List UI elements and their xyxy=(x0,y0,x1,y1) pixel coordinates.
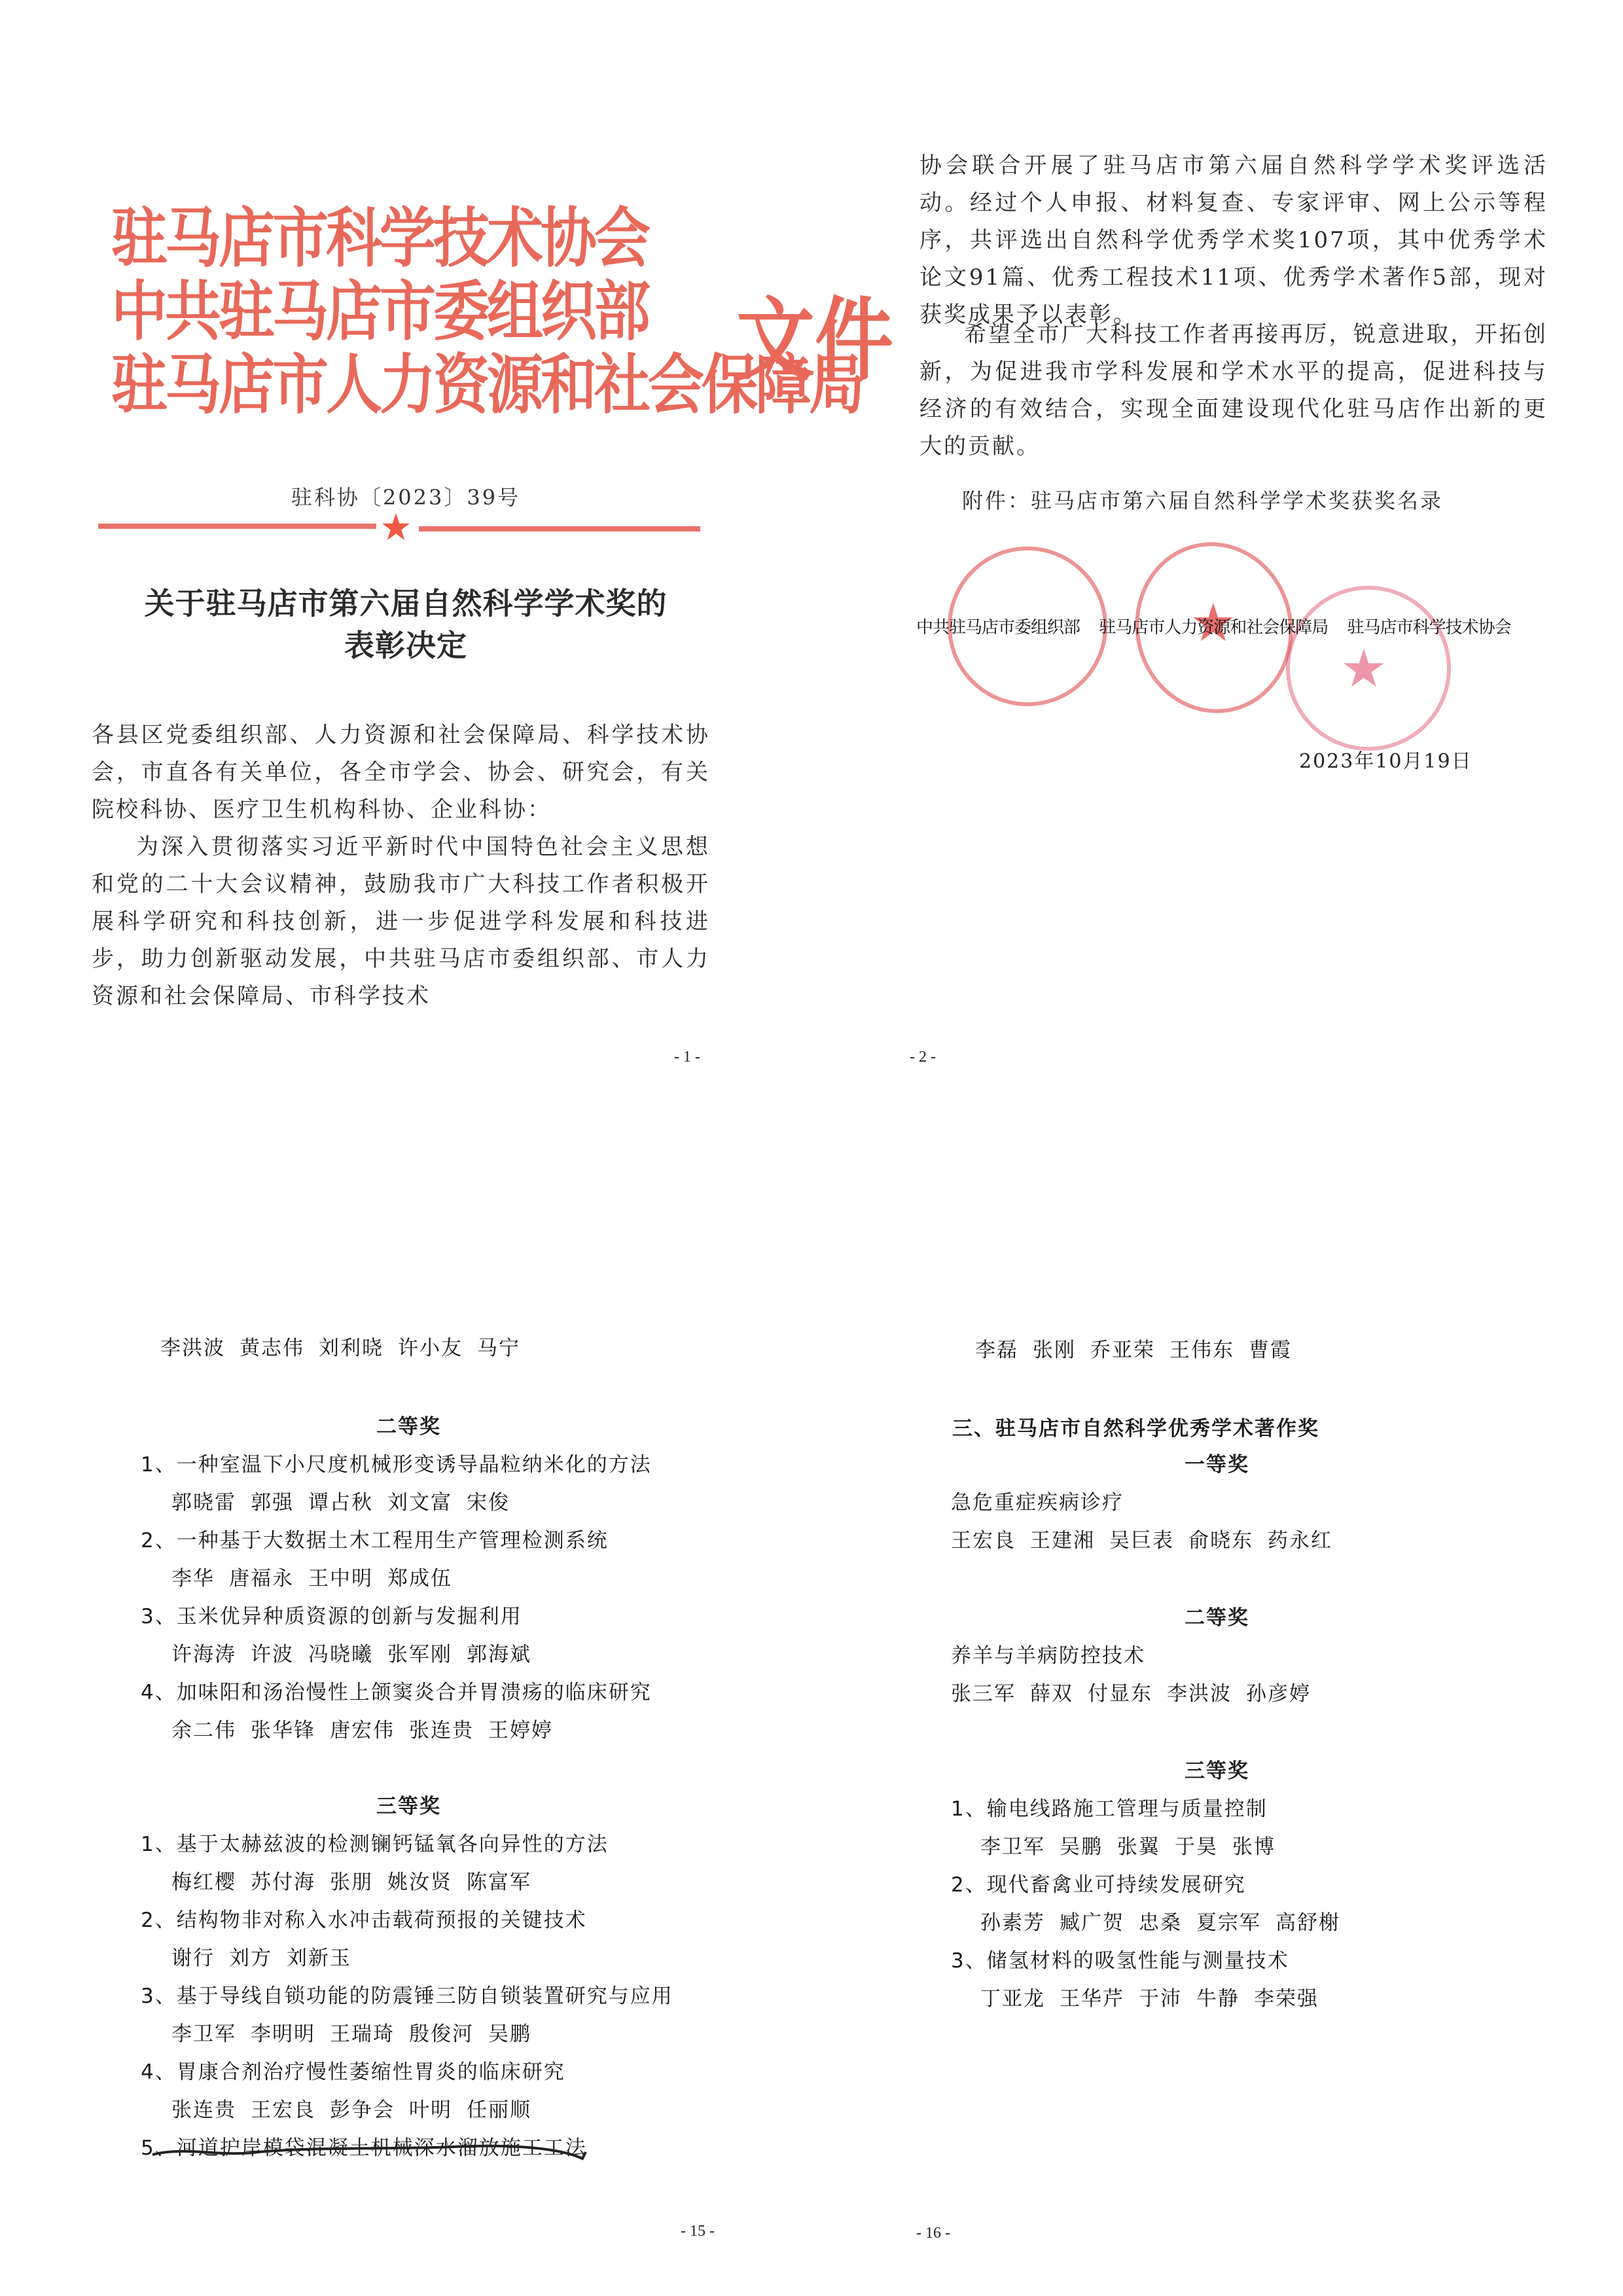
paragraph-1: 为深入贯彻落实习近平新时代中国特色社会主义思想和党的二十大会议精神，鼓励我市广大… xyxy=(92,829,710,1015)
award-item-title: 3、储氢材料的吸氢性能与测量技术 xyxy=(951,1944,1289,1973)
awardee-name: 张三军 xyxy=(951,1682,1016,1706)
signatories: 中共驻马店市委组织部 驻马店市人力资源和社会保障局 驻马店市科学技术协会 xyxy=(916,614,1525,638)
document-number: 驻科协〔2023〕39号 xyxy=(0,481,811,511)
awardee-name: 吴巨表 xyxy=(1109,1529,1174,1552)
award-level-heading: 二等奖 xyxy=(376,1410,441,1439)
award-item-title: 2、现代畜禽业可持续发展研究 xyxy=(951,1868,1246,1897)
title-line-2: 表彰决定 xyxy=(0,624,811,666)
awardee-name: 马宁 xyxy=(477,1336,520,1360)
award-item-title: 3、玉米优异种质资源的创新与发掘利用 xyxy=(141,1600,522,1629)
awardee-name: 郭晓雷 xyxy=(171,1491,236,1515)
award-item-title: 3、基于导线自锁功能的防震锤三防自锁装置研究与应用 xyxy=(141,1979,673,2009)
page-15: 李洪波黄志伟刘利晓许小友马宁二等奖1、一种室温下小尺度机械形变诱导晶粒纳米化的方… xyxy=(0,1148,811,2296)
awardee-name: 李卫军 xyxy=(980,1835,1045,1859)
awardee-name: 殷俊河 xyxy=(409,2022,474,2046)
awardee-name: 唐宏伟 xyxy=(330,1719,395,1742)
awardee-name: 叶明 xyxy=(409,2098,452,2122)
awardee-name: 俞晓东 xyxy=(1188,1529,1253,1552)
award-item-names: 郭晓雷郭强谭占秋刘文富宋俊 xyxy=(171,1486,524,1515)
award-level-heading: 一等奖 xyxy=(1185,1448,1249,1477)
awardee-name: 吴鹏 xyxy=(488,2022,531,2046)
awardee-name: 唐福永 xyxy=(229,1567,294,1590)
signer-3: 驻马店市科学技术协会 xyxy=(1347,618,1511,637)
page-2: 协会联合开展了驻马店市第六届自然科学学术奖评选活动。经过个人申报、材料复查、专家… xyxy=(811,0,1623,1148)
awardee-name: 张军刚 xyxy=(387,1643,452,1666)
page-16: 李磊张刚乔亚荣王伟东曹霞三、驻马店市自然科学优秀学术著作奖一等奖急危重症疾病诊疗… xyxy=(811,1148,1623,2296)
seal-star-icon: ★ xyxy=(1340,638,1387,699)
awardee-name: 李华 xyxy=(171,1567,215,1590)
awardee-name: 高舒榭 xyxy=(1275,1911,1340,1935)
awardee-name: 陈富军 xyxy=(467,1871,531,1894)
document-title: 关于驻马店市第六届自然科学学术奖的 表彰决定 xyxy=(0,583,811,666)
awardee-name: 王建湘 xyxy=(1030,1529,1095,1552)
awardee-name: 余二伟 xyxy=(171,1719,236,1742)
award-item-names: 张连贵王宏良彭争会叶明任丽顺 xyxy=(171,2093,546,2123)
paragraph-1-continued: 协会联合开展了驻马店市第六届自然科学学术奖评选活动。经过个人申报、材料复查、专家… xyxy=(919,147,1548,334)
awardee-name: 任丽顺 xyxy=(467,2098,531,2122)
carryover-names: 李洪波黄志伟刘利晓许小友马宁 xyxy=(160,1331,535,1361)
awardee-name: 李磊 xyxy=(975,1338,1018,1362)
awardee-name: 李荣强 xyxy=(1254,1987,1319,2011)
awardee-name: 郭海斌 xyxy=(467,1643,531,1666)
award-item-names: 王宏良王建湘吴巨表俞晓东药永红 xyxy=(951,1524,1347,1553)
awardee-name: 苏付海 xyxy=(251,1871,315,1894)
page-number: - 1 - xyxy=(674,1049,700,1066)
awardee-name: 谢行 xyxy=(171,1946,215,1970)
awardee-name: 郑成伍 xyxy=(387,1567,452,1590)
attachment-note: 附件：驻马店市第六届自然科学学术奖获奖名录 xyxy=(962,484,1443,514)
awardee-name: 许小友 xyxy=(398,1336,463,1360)
awardee-name: 彭争会 xyxy=(330,2098,395,2122)
red-letterhead: 驻马店市科学技术协会 中共驻马店市委组织部 驻马店市人力资源和社会保障局 文件 xyxy=(111,196,863,416)
handwritten-underline xyxy=(147,2143,592,2169)
awardee-name: 刘新玉 xyxy=(287,1946,351,1970)
awardee-name: 张连贵 xyxy=(171,2098,236,2122)
award-item-names: 谢行刘方刘新玉 xyxy=(171,1941,366,1971)
awardee-name: 郭强 xyxy=(251,1491,294,1515)
awardee-name: 张连贵 xyxy=(409,1719,474,1742)
awardee-name: 刘利晓 xyxy=(319,1336,383,1360)
carryover-names: 李磊张刚乔亚荣王伟东曹霞 xyxy=(975,1333,1306,1363)
paragraph-2: 希望全市广大科技工作者再接再厉，锐意进取，开拓创新，为促进我市学科发展和学术水平… xyxy=(919,316,1548,465)
awardee-name: 忠桑 xyxy=(1139,1911,1182,1935)
award-item-names: 丁亚龙王华芹于沛牛静李荣强 xyxy=(980,1982,1333,2011)
awardee-name: 许波 xyxy=(251,1643,294,1666)
award-item-title: 1、输电线路施工管理与质量控制 xyxy=(951,1792,1268,1821)
awardee-name: 丁亚龙 xyxy=(980,1987,1045,2011)
signer-1: 中共驻马店市委组织部 xyxy=(916,618,1080,637)
award-item-names: 张三军薛双付显东李洪波孙彦婷 xyxy=(951,1677,1325,1706)
awardee-name: 王瑞琦 xyxy=(330,2022,395,2046)
issue-date: 2023年10月19日 xyxy=(1299,745,1472,774)
award-level-heading: 三等奖 xyxy=(1185,1754,1249,1784)
award-item-names: 李卫军李明明王瑞琦殷俊河吴鹏 xyxy=(171,2017,546,2047)
awardee-name: 黄志伟 xyxy=(240,1336,304,1360)
award-level-heading: 二等奖 xyxy=(1185,1601,1249,1630)
award-item-title: 4、胃康合剂治疗慢性萎缩性胃炎的临床研究 xyxy=(141,2055,565,2085)
page-1: 驻马店市科学技术协会 中共驻马店市委组织部 驻马店市人力资源和社会保障局 文件 … xyxy=(0,0,811,1148)
award-item-names: 李华唐福永王中明郑成伍 xyxy=(171,1562,467,1591)
award-item-title: 急危重症疾病诊疗 xyxy=(951,1486,1124,1515)
awardee-name: 吴鹏 xyxy=(1060,1835,1103,1859)
awardee-name: 王宏良 xyxy=(951,1529,1016,1552)
awardee-name: 夏宗军 xyxy=(1196,1911,1261,1935)
title-line-1: 关于驻马店市第六届自然科学学术奖的 xyxy=(0,583,811,624)
award-item-names: 许海涛许波冯晓曦张军刚郭海斌 xyxy=(171,1638,546,1667)
award-item-title: 2、结构物非对称入水冲击载荷预报的关键技术 xyxy=(141,1903,587,1933)
award-item-names: 李卫军吴鹏张翼于昊张博 xyxy=(980,1830,1290,1859)
awardee-name: 曹霞 xyxy=(1249,1338,1292,1362)
award-item-title: 4、加味阳和汤治慢性上颌窦炎合并胃溃疡的临床研究 xyxy=(141,1676,652,1705)
awardee-name: 梅红樱 xyxy=(171,1871,236,1894)
signer-2: 驻马店市人力资源和社会保障局 xyxy=(1099,618,1328,637)
awardee-name: 张翼 xyxy=(1117,1835,1160,1859)
award-item-title: 养羊与羊病防控技术 xyxy=(951,1639,1145,1668)
awardee-name: 刘文富 xyxy=(387,1491,452,1515)
awardee-name: 张华锋 xyxy=(251,1719,315,1742)
awardee-name: 宋俊 xyxy=(467,1491,510,1515)
awardee-name: 冯晓曦 xyxy=(308,1643,373,1666)
red-star-icon xyxy=(382,512,410,541)
award-item-title: 1、一种室温下小尺度机械形变诱导晶粒纳米化的方法 xyxy=(141,1448,652,1477)
awardee-name: 药永红 xyxy=(1268,1529,1332,1552)
awardee-name: 李明明 xyxy=(251,2022,315,2046)
awardee-name: 许海涛 xyxy=(171,1643,236,1666)
awardee-name: 薛双 xyxy=(1030,1682,1073,1706)
awardee-name: 谭占秋 xyxy=(308,1491,373,1515)
award-item-title: 1、基于太赫兹波的检测镧钙锰氧各向异性的方法 xyxy=(141,1827,609,1857)
awardee-name: 张刚 xyxy=(1033,1338,1076,1362)
category-heading: 三、驻马店市自然科学优秀学术著作奖 xyxy=(952,1412,1319,1441)
awardee-name: 臧广贺 xyxy=(1060,1911,1124,1935)
awardee-name: 张朋 xyxy=(330,1871,373,1894)
award-item-names: 梅红樱苏付海张朋姚汝贤陈富军 xyxy=(171,1865,546,1895)
page-number: - 2 - xyxy=(910,1049,936,1066)
awardee-name: 孙彦婷 xyxy=(1246,1682,1311,1706)
awardee-name: 付显东 xyxy=(1088,1682,1152,1706)
awardee-name: 王华芹 xyxy=(1060,1987,1124,2011)
awardee-name: 王伟东 xyxy=(1169,1338,1234,1362)
red-rule-left xyxy=(98,524,376,529)
awardee-name: 刘方 xyxy=(229,1946,272,1970)
awardee-name: 李洪波 xyxy=(160,1336,225,1360)
page-number: - 16 - xyxy=(916,2225,950,2242)
award-item-names: 余二伟张华锋唐宏伟张连贵王婷婷 xyxy=(171,1713,567,1743)
awardee-name: 牛静 xyxy=(1196,1987,1240,2011)
awardee-name: 王婷婷 xyxy=(488,1719,553,1742)
awardee-name: 于沛 xyxy=(1139,1987,1182,2011)
red-rule-right xyxy=(419,526,700,531)
awardee-name: 王宏良 xyxy=(251,2098,315,2122)
award-item-names: 孙素芳臧广贺忠桑夏宗军高舒榭 xyxy=(980,1906,1355,1935)
awardee-name: 乔亚荣 xyxy=(1090,1338,1155,1362)
awardee-name: 于昊 xyxy=(1175,1835,1218,1859)
awardee-name: 姚汝贤 xyxy=(387,1871,452,1894)
awardee-name: 王中明 xyxy=(308,1567,373,1590)
awardee-name: 李卫军 xyxy=(171,2022,236,2046)
awardee-name: 孙素芳 xyxy=(980,1911,1045,1935)
awardee-name: 李洪波 xyxy=(1167,1682,1232,1706)
awardee-name: 张博 xyxy=(1232,1835,1275,1859)
award-level-heading: 三等奖 xyxy=(376,1789,441,1819)
award-item-title: 2、一种基于大数据土木工程用生产管理检测系统 xyxy=(141,1524,609,1553)
page-number: - 15 - xyxy=(681,2223,715,2240)
addressee: 各县区党委组织部、人力资源和社会保障局、科学技术协会，市直各有关单位，各全市学会… xyxy=(92,717,710,829)
